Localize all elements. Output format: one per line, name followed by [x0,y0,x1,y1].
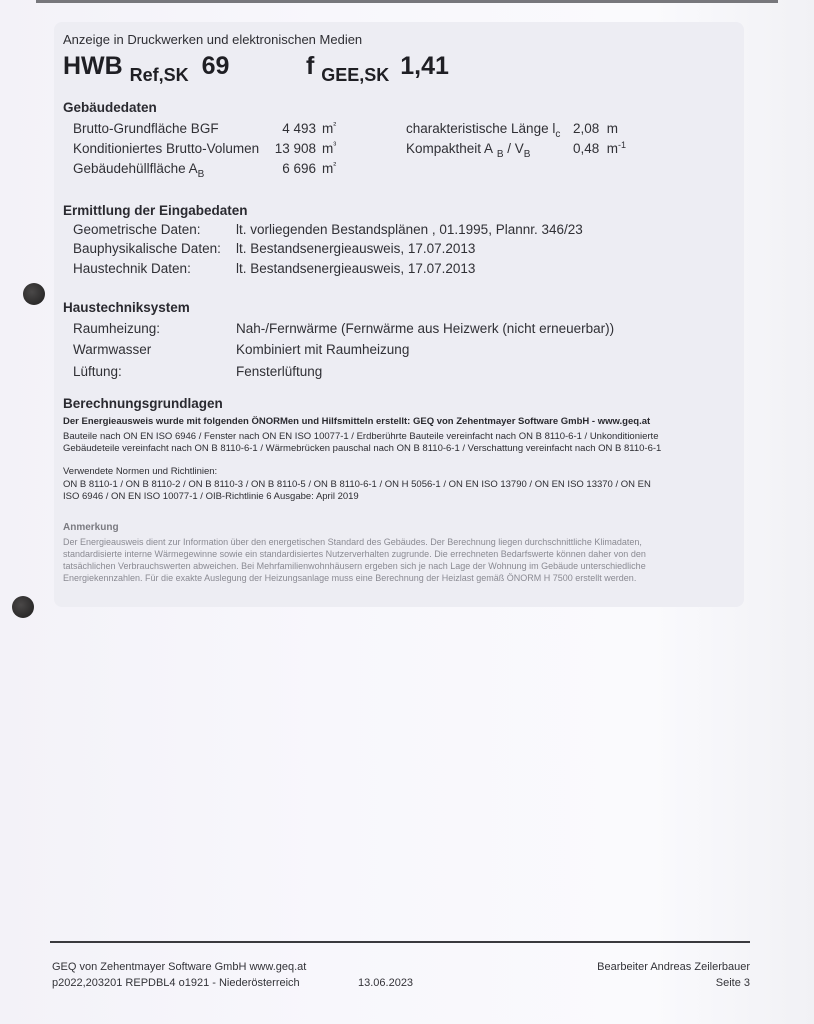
footer-date: 13.06.2023 [358,977,413,989]
remark-line-4: Energiekennzahlen. Für die exakte Ausleg… [63,573,636,585]
char-length-label: charakteristische Länge lc [406,121,560,136]
top-page-edge [36,0,778,3]
building-physics-label: Bauphysikalische Daten: [73,241,221,256]
display-notice: Anzeige in Druckwerken und elektronische… [63,32,362,47]
footer-version: p2022,203201 REPDBL4 o1921 - Niederöster… [52,977,300,989]
remark-line-1: Der Energieausweis dient zur Information… [63,537,642,549]
punch-hole-top [23,283,45,305]
hwb-subscript: Ref,SK [130,65,189,85]
envelope-unit: m² [322,161,336,176]
hot-water-value: Kombiniert mit Raumheizung [236,342,409,357]
building-physics-value: lt. Bestandsenergieausweis, 17.07.2013 [236,241,475,256]
fgee-value: 1,41 [400,52,449,80]
geometry-value: lt. vorliegenden Bestandsplänen , 01.199… [236,222,583,237]
remark-title: Anmerkung [63,522,119,533]
ventilation-label: Lüftung: [73,364,122,379]
section-title-haustechnik: Haustechniksystem [63,300,190,315]
footer-editor: Bearbeiter Andreas Zeilerbauer [597,961,750,973]
norms-line-2: ISO 6946 / ON EN ISO 10077-1 / OIB-Richt… [63,491,359,503]
fgee-subscript: GEE,SK [321,65,389,85]
components-line-2: Gebäudeteile vereinfacht nach ON B 8110-… [63,443,661,455]
bgf-label: Brutto-Grundfläche BGF [73,121,219,136]
volume-unit: m³ [322,141,336,156]
char-length-value: 2,08 m [573,121,618,136]
compactness-value: 0,48 m-1 [573,141,626,156]
footer-page-number: Seite 3 [716,977,750,989]
hwb-value: 69 [202,52,230,80]
volume-value: 13 908 [260,141,316,156]
footer-company: GEQ von Zehentmayer Software GmbH www.ge… [52,961,306,973]
punch-hole-bottom [12,596,34,618]
components-line-1: Bauteile nach ON EN ISO 6946 / Fenster n… [63,431,658,443]
norms-title: Verwendete Normen und Richtlinien: [63,466,217,478]
section-title-eingabedaten: Ermittlung der Eingabedaten [63,203,248,218]
hwb-indicator: HWB Ref,SK 69 [63,52,229,81]
volume-label: Konditioniertes Brutto-Volumen [73,141,259,156]
heating-label: Raumheizung: [73,321,160,336]
bgf-value: 4 493 [260,121,316,136]
hwb-label: HWB [63,52,123,80]
bgf-unit: m² [322,121,336,136]
envelope-label: Gebäudehüllfläche AB [73,161,204,176]
building-services-label: Haustechnik Daten: [73,261,191,276]
compactness-label: Kompaktheit A B / VB [406,141,530,156]
hot-water-label: Warmwasser [73,342,151,357]
heating-value: Nah-/Fernwärme (Fernwärme aus Heizwerk (… [236,321,614,336]
fgee-indicator: f GEE,SK 1,41 [306,52,449,81]
envelope-value: 6 696 [260,161,316,176]
fgee-label: f [306,52,314,80]
ventilation-value: Fensterlüftung [236,364,322,379]
geometry-label: Geometrische Daten: [73,222,201,237]
building-services-value: lt. Bestandsenergieausweis, 17.07.2013 [236,261,475,276]
section-title-berechnung: Berechnungsgrundlagen [63,396,223,411]
norms-line-1: ON B 8110-1 / ON B 8110-2 / ON B 8110-3 … [63,479,651,491]
footer-divider [50,941,750,943]
remark-line-3: tatsächlichen Verbrauchswerten abweichen… [63,561,646,573]
section-title-gebaeudedaten: Gebäudedaten [63,100,157,115]
standards-intro: Der Energieausweis wurde mit folgenden Ö… [63,416,650,427]
remark-line-2: standardisierte interne Wärmegewinne sow… [63,549,646,561]
